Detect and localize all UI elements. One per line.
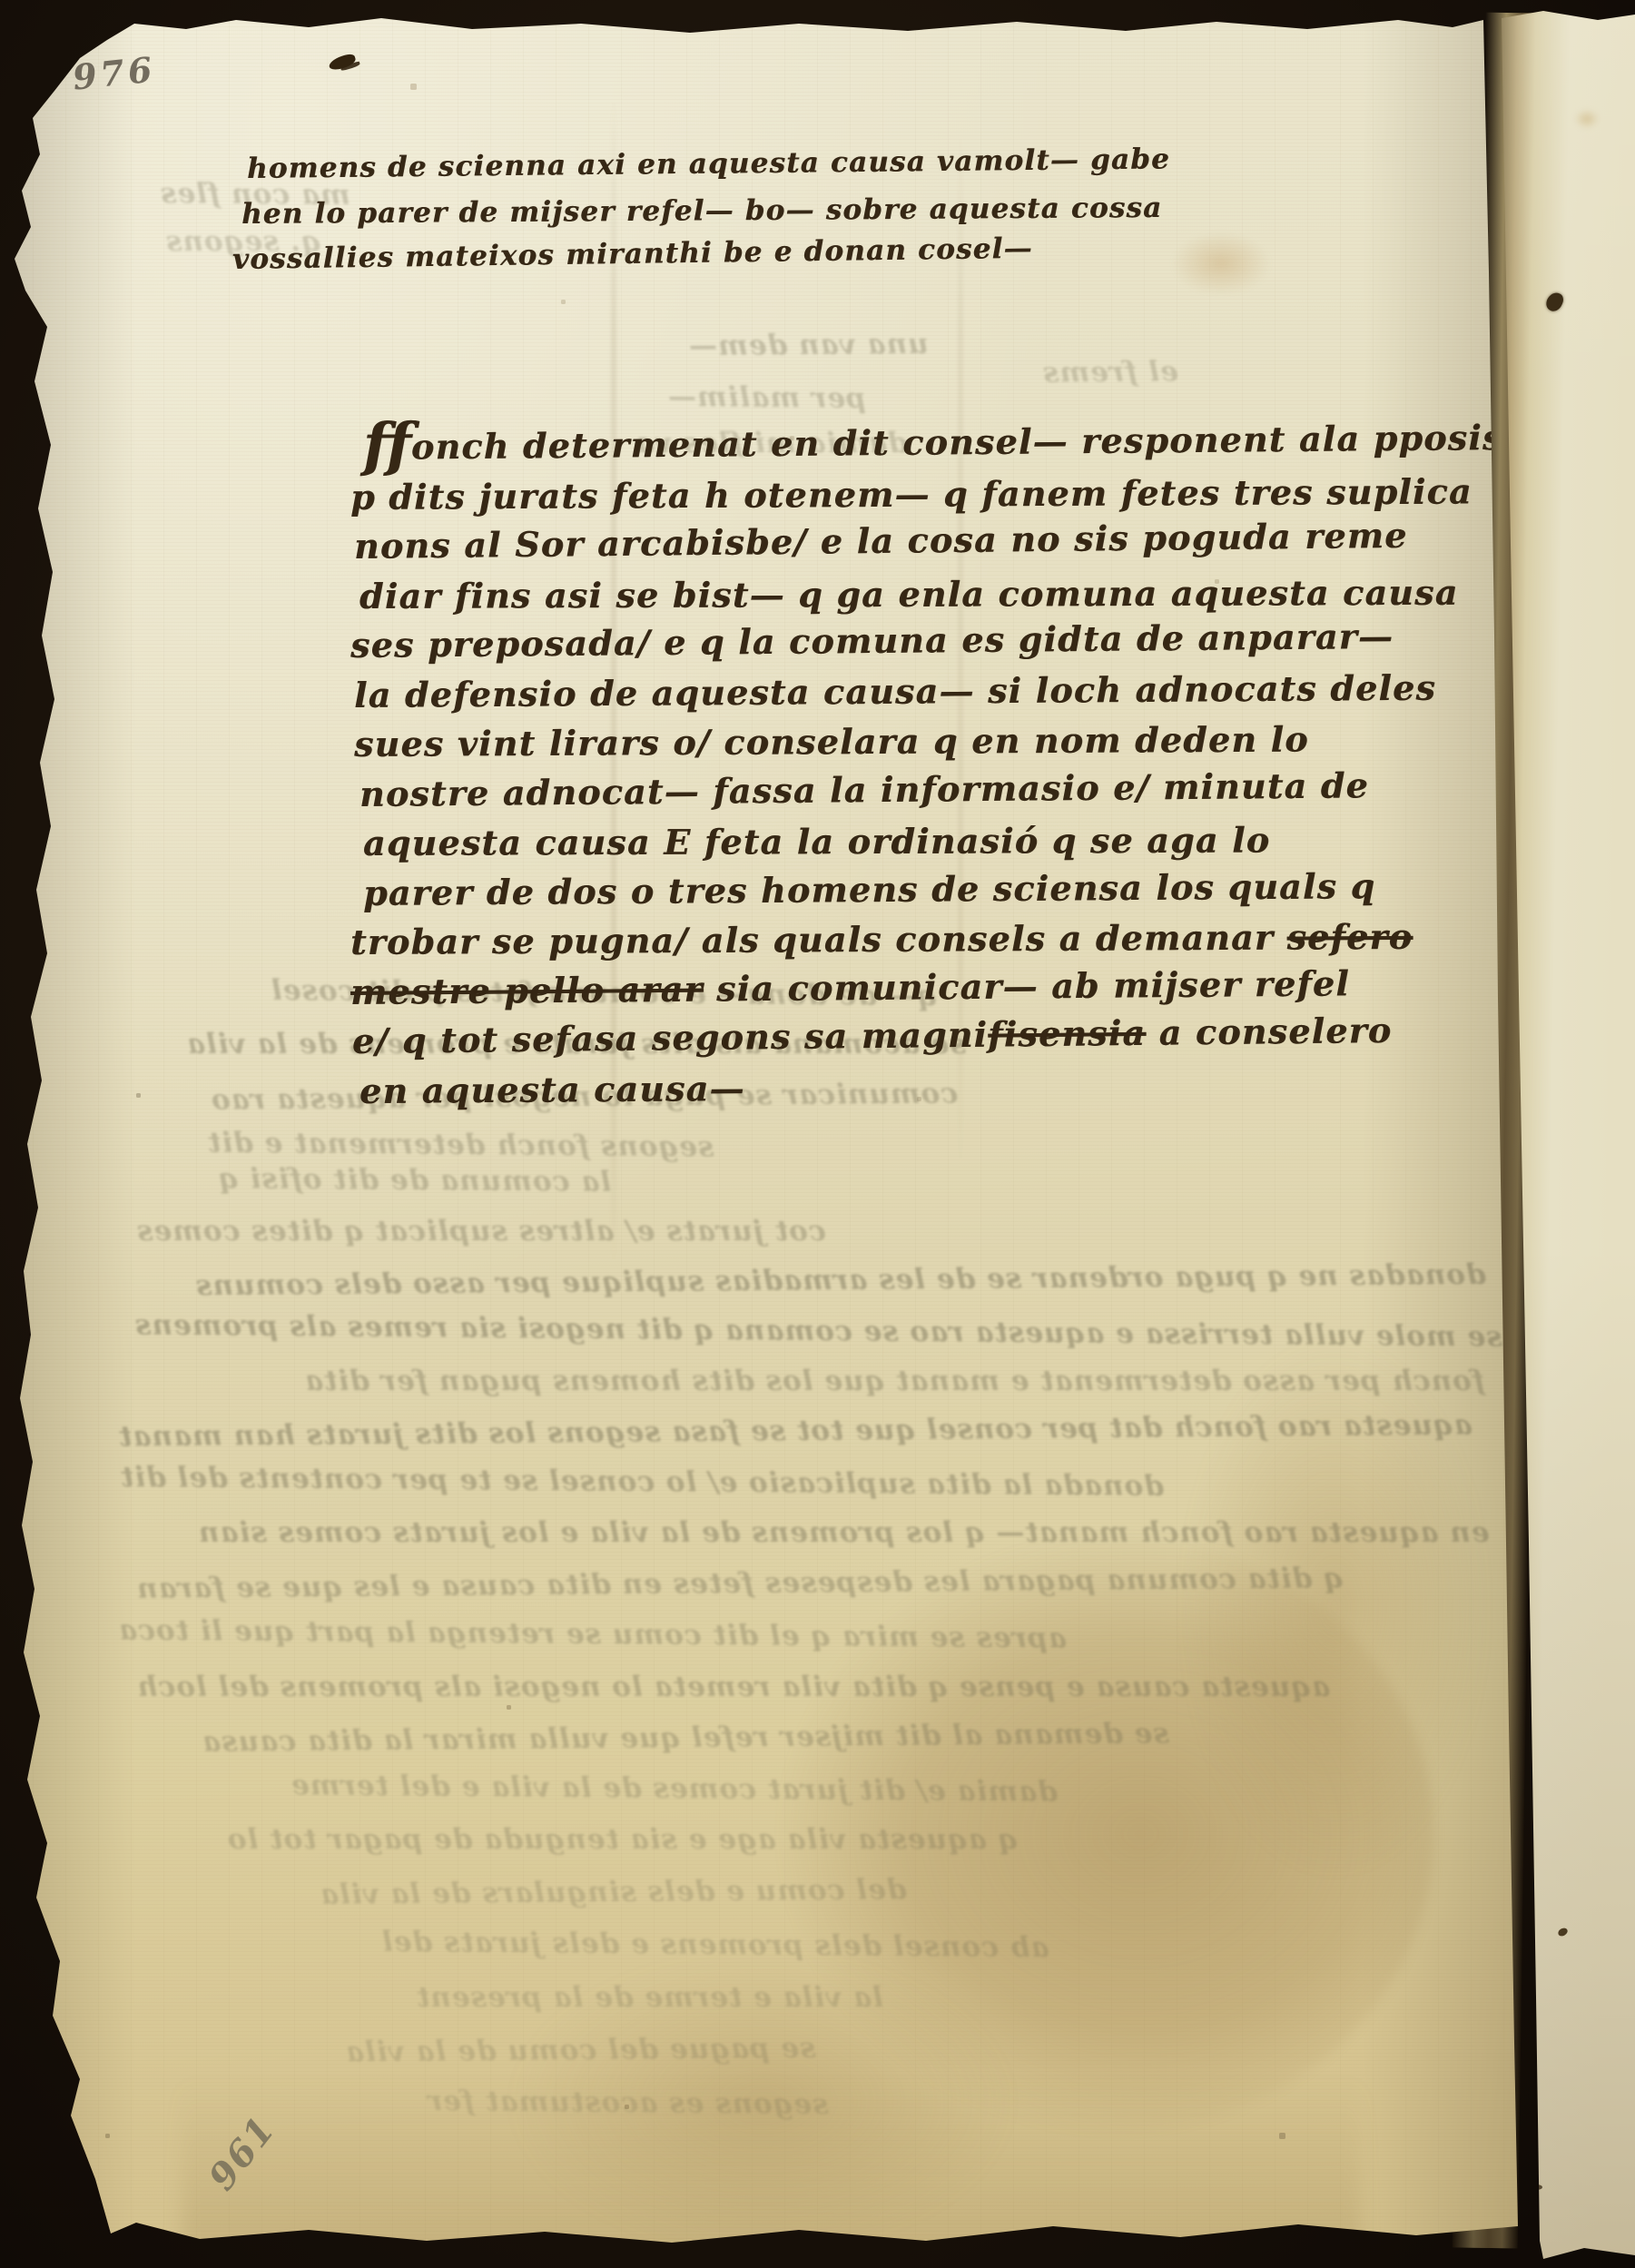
- handwritten-text: parer de dos o tres homens de sciensa lo…: [363, 865, 1376, 913]
- text-line: nons al Sor arcabisbe/ e la cosa no sis …: [354, 515, 1408, 567]
- text-line: p dits jurats feta h otenem— q fanem fet…: [350, 470, 1472, 517]
- handwritten-text: la defensio de aquesta causa— si loch ad…: [354, 666, 1436, 715]
- text-line: e/ q tot sefasa segons sa magnifisensia …: [352, 1010, 1393, 1061]
- text-line: mestre pello arar sia comunicar— ab mijs…: [350, 962, 1350, 1012]
- handwritten-text: sia comunicar— ab mijser refel: [703, 962, 1350, 1009]
- foxing-spot: [1574, 109, 1600, 129]
- handwritten-text: ff: [363, 411, 412, 479]
- paper-specks: [0, 0, 1, 1]
- handwritten-text: onch determenat en dit consel— responent…: [411, 417, 1541, 468]
- text-line: ffonch determenat en dit consel— respone…: [363, 417, 1541, 468]
- handwritten-text: diar fins asi se bist— q ga enla comuna …: [360, 571, 1459, 616]
- main-text-block: ffonch determenat en dit consel— respone…: [0, 0, 1635, 2268]
- text-line: trobar se pugna/ als quals consels a dem…: [350, 916, 1413, 962]
- handwritten-text: a conselero: [1146, 1010, 1393, 1053]
- handwritten-text: nostre adnocat— fassa la informasio e/ m…: [360, 764, 1369, 814]
- ink-speck: [1557, 1927, 1570, 1938]
- text-line: sues vint lirars o/ conselara q en nom d…: [354, 718, 1309, 764]
- handwritten-text: p dits jurats feta h otenem— q fanem fet…: [350, 470, 1472, 517]
- handwritten-text: nons al Sor arcabisbe/ e la cosa no sis …: [354, 515, 1408, 567]
- handwritten-text: e/ q tot sefasa segons sa magni: [352, 1014, 989, 1061]
- text-line: aquesta causa E feta la ordinasió q se a…: [363, 820, 1270, 863]
- struck-text: sefero: [1286, 916, 1413, 958]
- text-line: parer de dos o tres homens de sciensa lo…: [363, 865, 1376, 913]
- wormhole-mark: [1543, 290, 1565, 313]
- handwritten-text: ses preposada/ e q la comuna es gidta de…: [350, 616, 1394, 666]
- handwritten-text: trobar se pugna/ als quals consels a dem…: [350, 917, 1287, 962]
- text-line: ses preposada/ e q la comuna es gidta de…: [350, 616, 1394, 666]
- text-line: la defensio de aquesta causa— si loch ad…: [354, 666, 1436, 715]
- ink-speck: [1531, 2184, 1542, 2190]
- handwritten-text: en aquesta causa—: [360, 1068, 745, 1111]
- manuscript-photo: { "page": { "folio_number_top": "976", "…: [0, 0, 1635, 2268]
- struck-text: fisensia: [988, 1012, 1147, 1055]
- text-line: nostre adnocat— fassa la informasio e/ m…: [360, 764, 1369, 814]
- text-line: en aquesta causa—: [360, 1068, 745, 1111]
- handwritten-text: sues vint lirars o/ conselara q en nom d…: [354, 718, 1309, 764]
- manuscript-page: 976 ma con flesq. segonsuna van dem—per …: [0, 0, 1635, 2268]
- struck-text: mestre pello arar: [350, 968, 704, 1011]
- handwritten-text: aquesta causa E feta la ordinasió q se a…: [363, 820, 1270, 863]
- text-line: diar fins asi se bist— q ga enla comuna …: [360, 571, 1459, 616]
